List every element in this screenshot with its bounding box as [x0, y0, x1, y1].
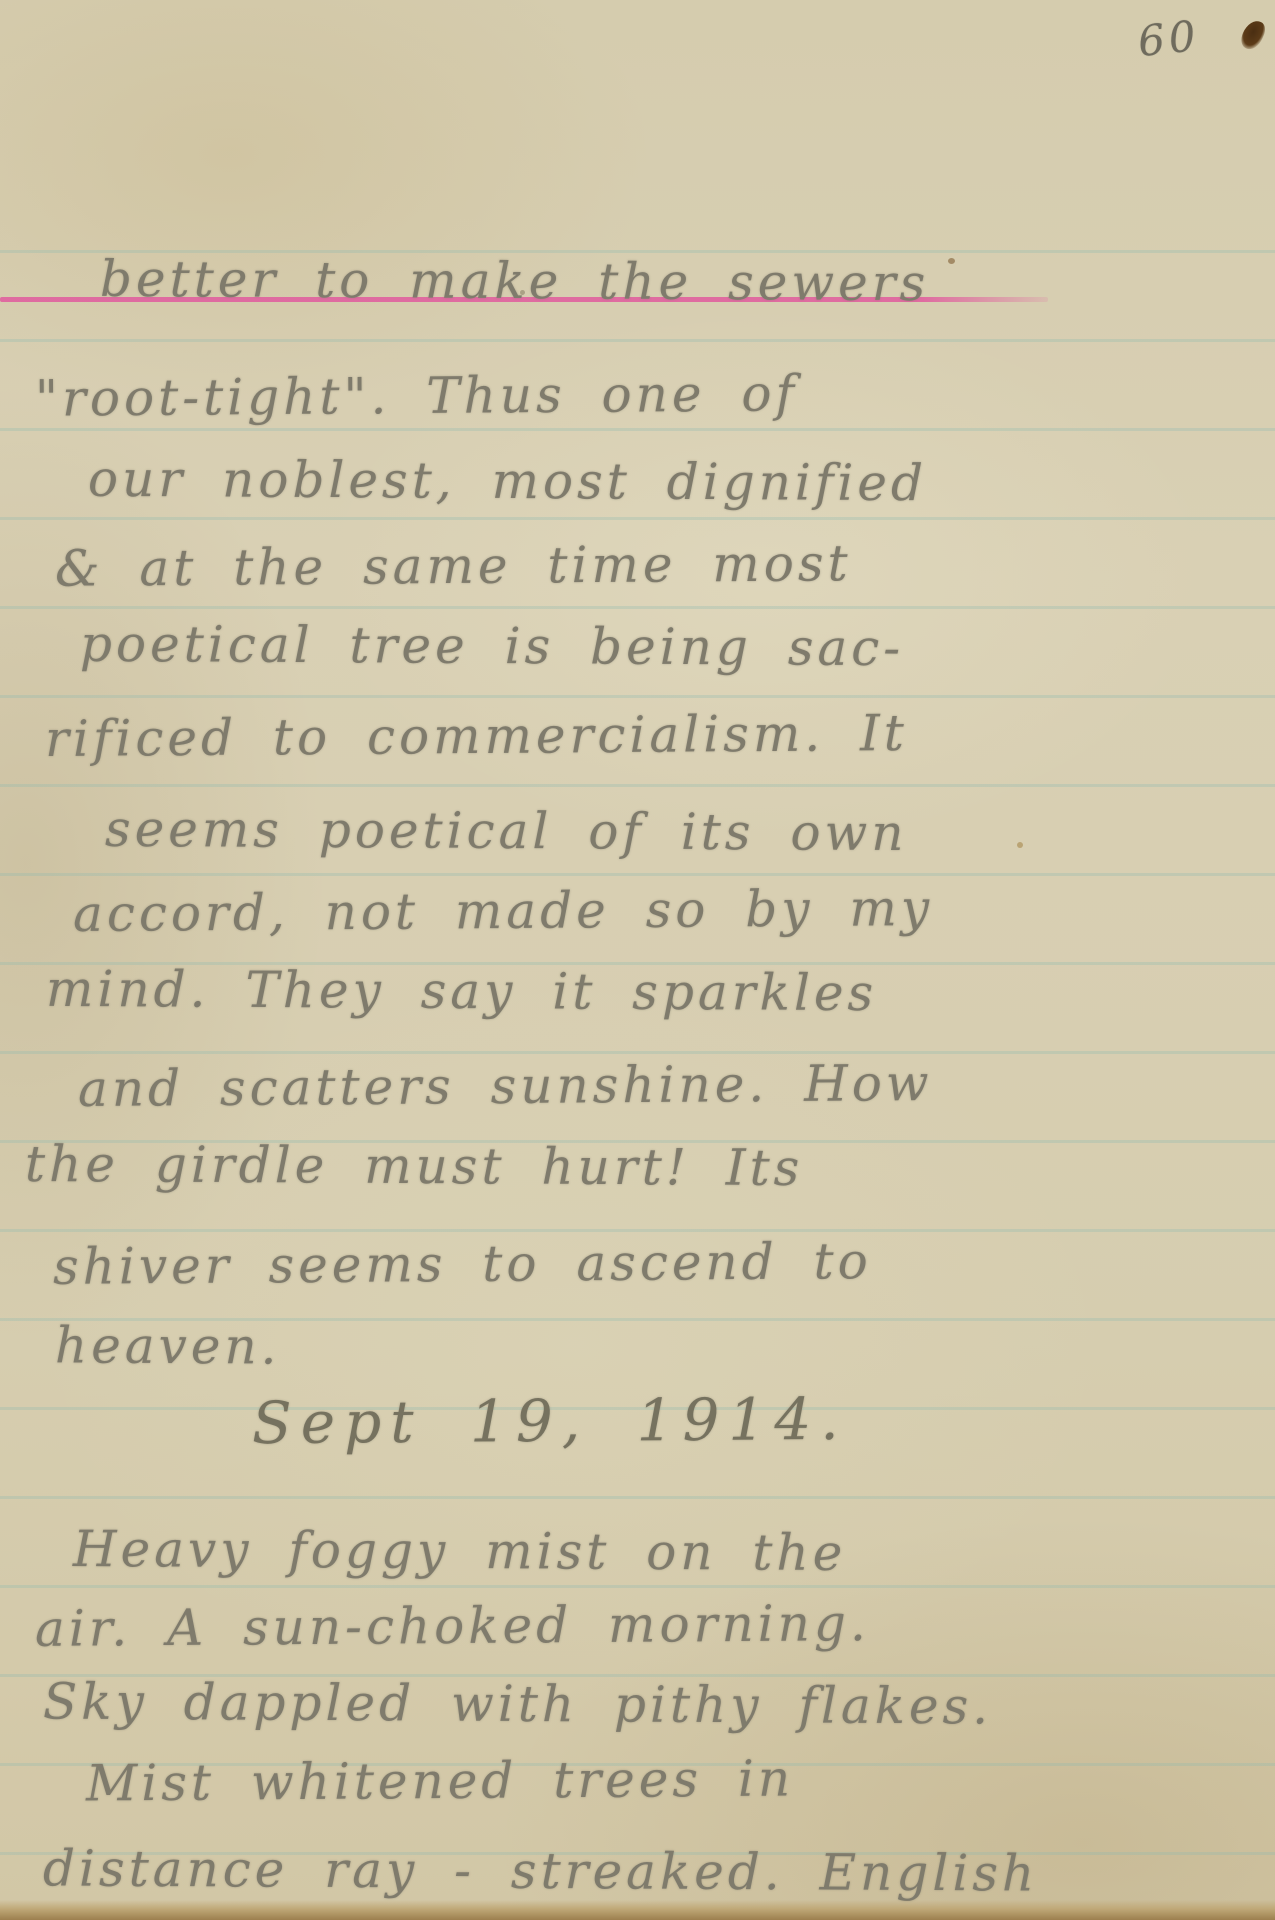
handwriting-line: and scatters sunshine. How [78, 1048, 933, 1124]
handwriting-line: Sky dappled with pithy flakes. [43, 1667, 993, 1742]
handwriting-line: better to make the sewers [100, 244, 930, 318]
handwriting-line: the girdle must hurt! Its [25, 1129, 804, 1203]
page-bottom-edge [0, 1900, 1275, 1920]
handwriting-line: rificed to commercialism. It [45, 698, 908, 774]
handwriting-line: Heavy foggy mist on the [73, 1514, 847, 1588]
handwriting-line: Mist whitened trees in [86, 1744, 795, 1819]
ink-stain [1238, 17, 1268, 53]
handwriting-line: accord, not made so by my [73, 873, 934, 949]
handwriting-line: distance ray - streaked. English [43, 1833, 1039, 1908]
handwriting-line: "root-tight". Thus one of [35, 358, 798, 433]
handwriting-line: our noblest, most dignified [88, 444, 927, 518]
handwriting-line: poetical tree is being sac- [80, 609, 905, 683]
handwriting-line: mind. They say it sparkles [46, 954, 878, 1028]
page-number: 60 [1136, 11, 1202, 66]
notebook-page: 60 better to make the sewers "root-tight… [0, 0, 1275, 1920]
handwriting-line: air. A sun-choked morning. [35, 1588, 870, 1664]
handwriting-line: shiver seems to ascend to [53, 1226, 872, 1302]
paper-speck [948, 258, 955, 264]
handwriting-line: & at the same time most [55, 528, 852, 604]
handwriting-line: seems poetical of its own [105, 794, 908, 868]
paper-speck [1017, 842, 1023, 848]
handwriting-line: heaven. [55, 1310, 281, 1381]
entry-date-heading: Sept 19, 1914. [252, 1384, 848, 1458]
